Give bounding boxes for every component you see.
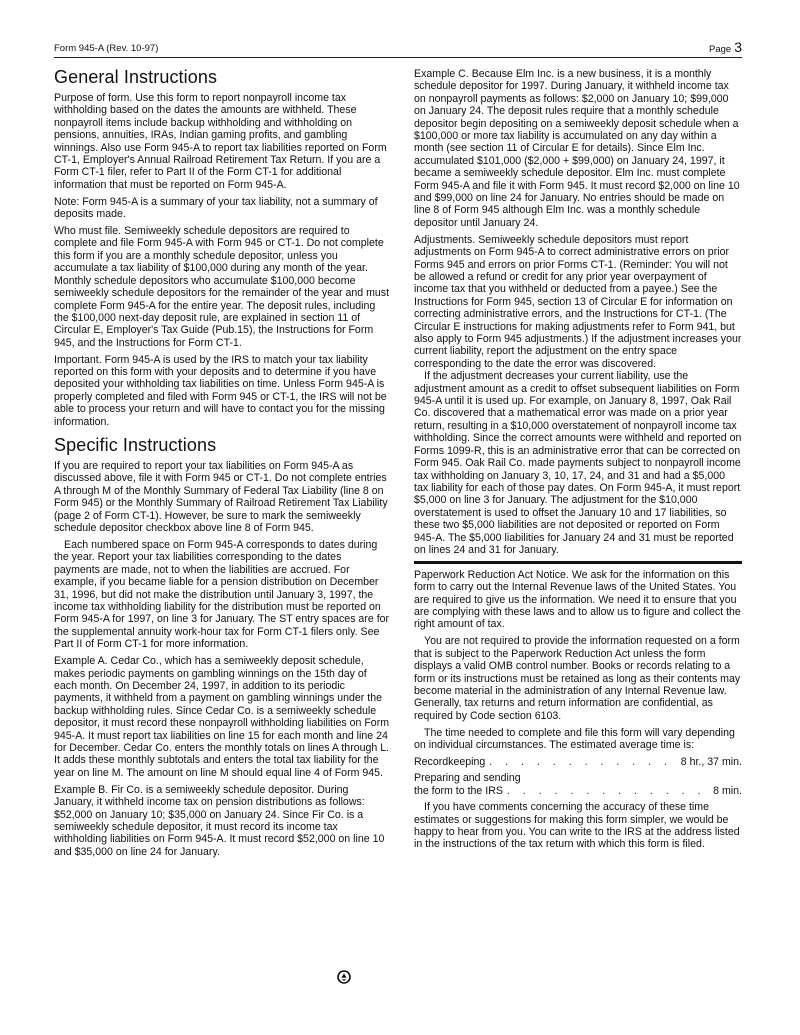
recycle-icon	[337, 970, 351, 984]
example-b-heading: Example B.	[54, 784, 108, 796]
paperwork-paragraph-4: If you have comments concerning the accu…	[414, 801, 742, 851]
example-c-heading: Example C.	[414, 68, 469, 80]
note-heading: Note:	[54, 196, 79, 208]
specific-paragraph-1: If you are required to report your tax l…	[54, 460, 390, 534]
page-number: 3	[734, 39, 742, 55]
page-number-label: Page3	[709, 39, 742, 55]
purpose-paragraph: Purpose of form. Use this form to report…	[54, 92, 390, 191]
example-a-heading: Example A.	[54, 655, 108, 667]
time-estimate-label-line1: Preparing and sending	[414, 772, 742, 784]
example-c-paragraph: Example C. Because Elm Inc. is a new bus…	[414, 68, 742, 229]
adjustments-paragraph: Adjustments. Semiweekly schedule deposit…	[414, 234, 742, 370]
time-estimate-value: 8 hr., 37 min.	[681, 756, 742, 768]
important-paragraph: Important. Form 945-A is used by the IRS…	[54, 354, 390, 428]
specific-instructions-title: Specific Instructions	[54, 434, 390, 456]
page-header: Form 945-A (Rev. 10-97) Page3	[54, 40, 742, 58]
paperwork-paragraph-2: You are not required to provide the info…	[414, 635, 742, 722]
paperwork-paragraph-3: The time needed to complete and file thi…	[414, 727, 742, 752]
who-must-file-heading: Who must file.	[54, 225, 121, 237]
example-a-paragraph: Example A. Cedar Co., which has a semiwe…	[54, 655, 390, 779]
example-b-paragraph: Example B. Fir Co. is a semiweekly sched…	[54, 784, 390, 858]
left-column: General Instructions Purpose of form. Us…	[54, 66, 390, 863]
form-id: Form 945-A (Rev. 10-97)	[54, 43, 158, 54]
general-instructions-title: General Instructions	[54, 66, 390, 88]
section-divider	[414, 561, 742, 564]
who-must-file-paragraph: Who must file. Semiweekly schedule depos…	[54, 225, 390, 349]
specific-paragraph-2: Each numbered space on Form 945-A corres…	[54, 539, 390, 651]
adjustments-heading: Adjustments.	[414, 234, 475, 246]
time-estimate-recordkeeping: Recordkeeping . . . . . . . . . . . . . …	[414, 756, 742, 768]
time-estimate-label: Recordkeeping	[414, 756, 485, 768]
paperwork-paragraph: Paperwork Reduction Act Notice. We ask f…	[414, 569, 742, 631]
adjustments-paragraph-2: If the adjustment decreases your current…	[414, 370, 742, 556]
leader-dots: . . . . . . . . . . . . . . . . . . . . …	[485, 756, 680, 768]
paperwork-heading: Paperwork Reduction Act Notice.	[414, 569, 569, 581]
purpose-heading: Purpose of form.	[54, 92, 132, 104]
note-paragraph: Note: Form 945-A is a summary of your ta…	[54, 196, 390, 221]
right-column: Example C. Because Elm Inc. is a new bus…	[414, 68, 742, 855]
time-estimate-value: 8 min.	[713, 785, 742, 797]
leader-dots: . . . . . . . . . . . . . . . . . . . . …	[503, 785, 713, 797]
important-heading: Important.	[54, 354, 102, 366]
time-estimate-preparing: Preparing and sending the form to the IR…	[414, 772, 742, 797]
time-estimate-label: the form to the IRS	[414, 785, 503, 797]
